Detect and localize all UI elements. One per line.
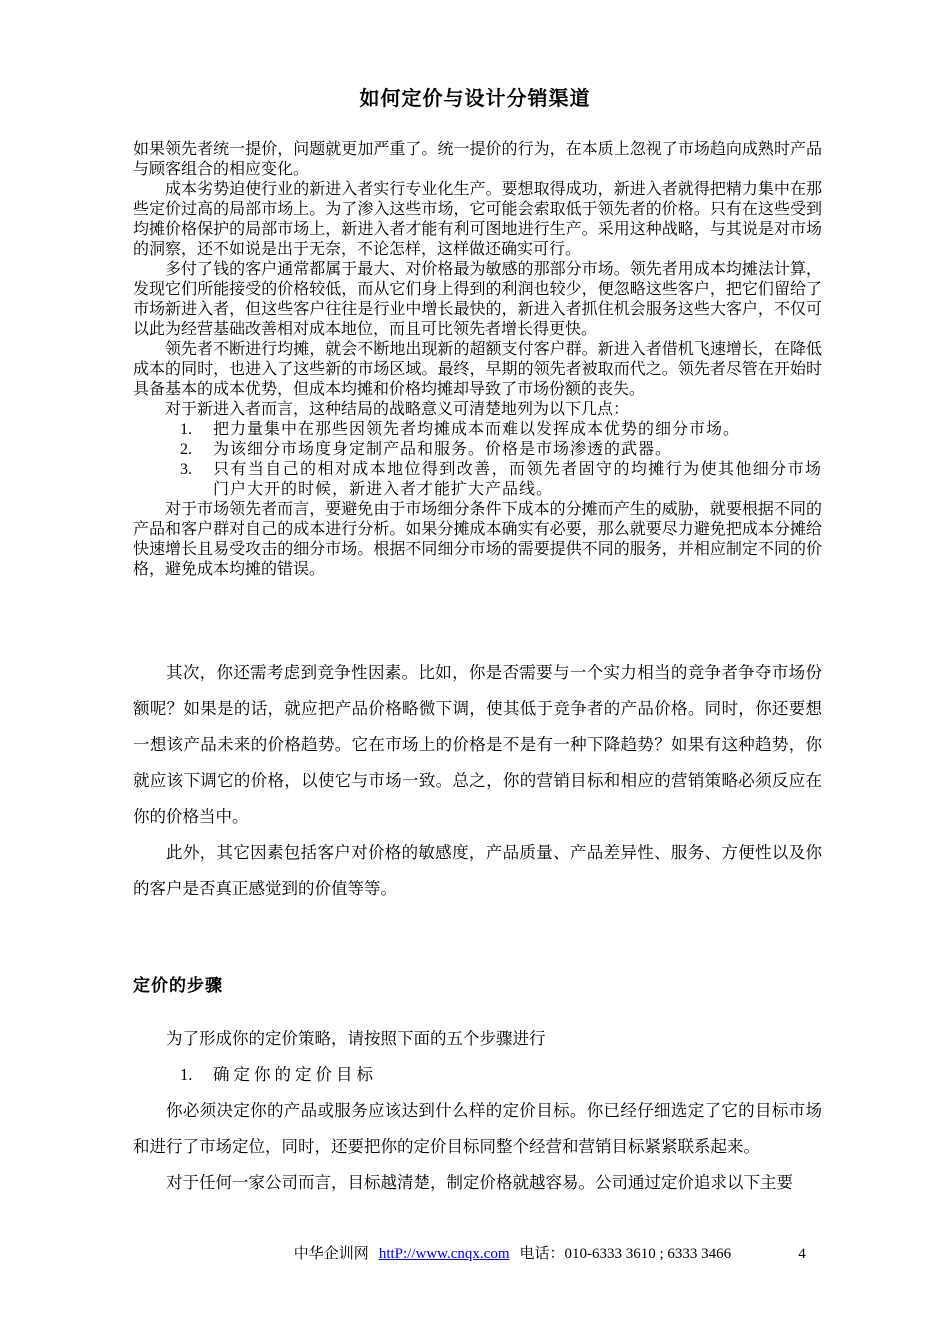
list-number: 2.	[180, 440, 213, 460]
page-title: 如何定价与设计分销渠道	[0, 86, 950, 112]
paragraph-uniform-price-raise: 如果领先者统一提价，问题就更加严重了。统一提价的行为，在本质上忽视了市场趋向成熟…	[133, 140, 822, 180]
footer-site-name: 中华企训网	[294, 1246, 369, 1262]
paragraph-newcomer-implications: 对于新进入者而言，这种结局的战略意义可清楚地列为以下几点：	[133, 400, 822, 420]
paragraph-market-leader-advice: 对于市场领先者而言，要避免由于市场细分条件下成本的分摊而产生的威胁，就要根据不同…	[133, 500, 822, 580]
section-pricing-steps: 定价的步骤 为了形成你的定价策略，请按照下面的五个步骤进行 1. 确定你的定价目…	[133, 975, 822, 1201]
footer-phone-label: 电话：	[520, 1246, 565, 1262]
paragraph-pricing-goal: 你必须决定你的产品或服务应该达到什么样的定价目标。你已经仔细选定了它的目标市场和…	[133, 1093, 822, 1165]
section-cost-sharing: 如果领先者统一提价，问题就更加严重了。统一提价的行为，在本质上忽视了市场趋向成熟…	[133, 140, 822, 580]
list-number: 3.	[180, 460, 213, 500]
list-item-1: 1. 把力量集中在那些因领先者均摊成本而难以发挥成本优势的细分市场。	[133, 420, 822, 440]
paragraph-overpaying-customers: 多付了钱的客户通常都属于最大、对价格最为敏感的那部分市场。领先者用成本均摊法计算…	[133, 260, 822, 340]
paragraph-cost-disadvantage: 成本劣势迫使行业的新进入者实行专业化生产。要想取得成功，新进入者就得把精力集中在…	[133, 180, 822, 260]
step-number: 1.	[180, 1057, 213, 1093]
list-text: 只有当自己的相对成本地位得到改善，而领先者固守的均摊行为使其他细分市场门户大开的…	[213, 460, 822, 500]
heading-pricing-steps: 定价的步骤	[133, 975, 822, 997]
list-text: 为该细分市场度身定制产品和服务。价格是市场渗透的武器。	[213, 440, 822, 460]
document-page: 如何定价与设计分销渠道 如果领先者统一提价，问题就更加严重了。统一提价的行为，在…	[0, 0, 950, 1344]
paragraph-clear-goal: 对于任何一家公司而言，目标越清楚，制定价格就越容易。公司通过定价追求以下主要	[133, 1165, 822, 1201]
page-footer: 中华企训网httP://www.cnqx.com电话：010-6333 3610…	[168, 1244, 857, 1264]
footer-phone-number: 010-6333 3610 ; 6333 3466	[565, 1246, 732, 1262]
list-number: 1.	[180, 420, 213, 440]
footer-url-link[interactable]: httP://www.cnqx.com	[379, 1246, 510, 1262]
pricing-steps-body: 为了形成你的定价策略，请按照下面的五个步骤进行 1. 确定你的定价目标 你必须决…	[133, 1021, 822, 1201]
section-competitive-factors: 其次，你还需考虑到竞争性因素。比如，你是否需要与一个实力相当的竞争者争夺市场份额…	[133, 655, 822, 907]
list-item-2: 2. 为该细分市场度身定制产品和服务。价格是市场渗透的武器。	[133, 440, 822, 460]
paragraph-other-factors: 此外，其它因素包括客户对价格的敏感度，产品质量、产品差异性、服务、方便性以及你的…	[133, 835, 822, 907]
page-number: 4	[790, 1244, 814, 1264]
paragraph-steps-intro: 为了形成你的定价策略，请按照下面的五个步骤进行	[133, 1021, 822, 1057]
step-item-1: 1. 确定你的定价目标	[133, 1057, 822, 1093]
step-text: 确定你的定价目标	[213, 1057, 822, 1093]
list-item-3: 3. 只有当自己的相对成本地位得到改善，而领先者固守的均摊行为使其他细分市场门户…	[133, 460, 822, 500]
paragraph-leader-averaging: 领先者不断进行均摊，就会不断地出现新的超额支付客户群。新进入者借机飞速增长，在降…	[133, 340, 822, 400]
list-text: 把力量集中在那些因领先者均摊成本而难以发挥成本优势的细分市场。	[213, 420, 822, 440]
paragraph-competitive-factors: 其次，你还需考虑到竞争性因素。比如，你是否需要与一个实力相当的竞争者争夺市场份额…	[133, 655, 822, 835]
